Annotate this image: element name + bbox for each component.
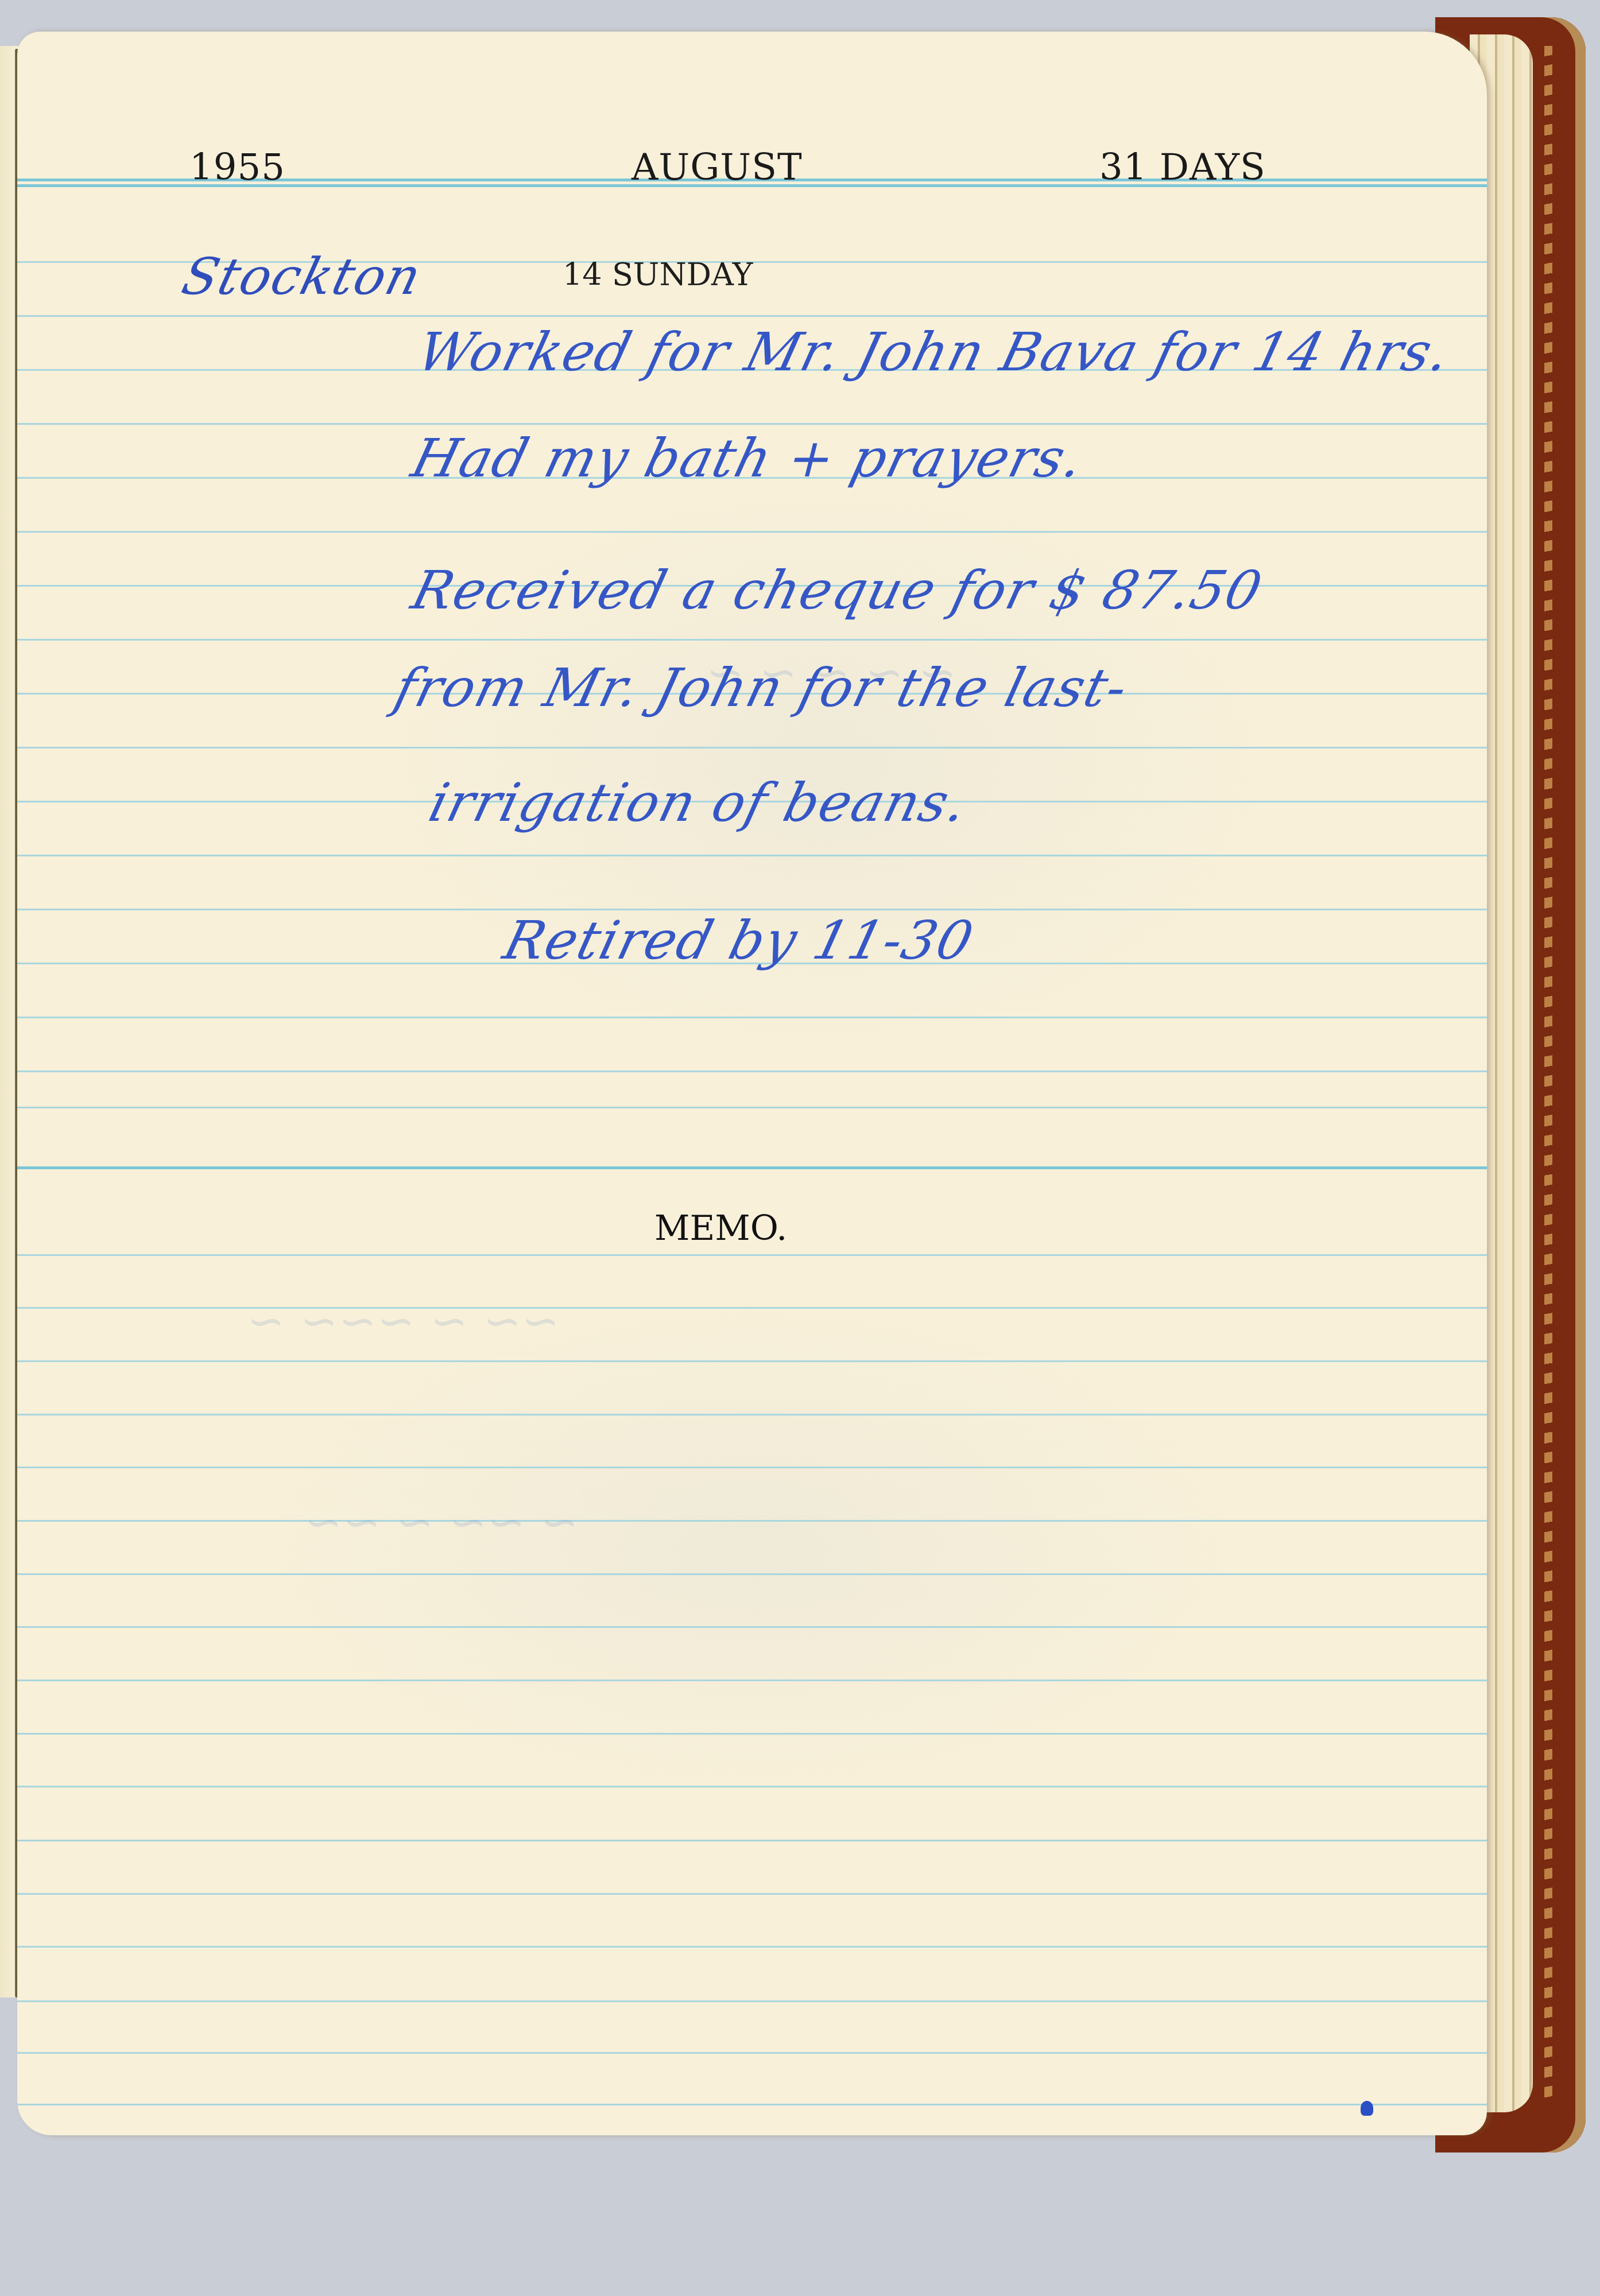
bleed-through-text: ~~ ~ ~~~ ~ — [242, 1294, 565, 1348]
ruled-line — [17, 531, 1487, 533]
ruled-line — [17, 2104, 1487, 2105]
ruled-line — [17, 1071, 1487, 1072]
ruled-line — [17, 1254, 1487, 1256]
ruled-line — [17, 747, 1487, 748]
memo-divider-rule — [17, 1166, 1487, 1169]
ruled-line — [17, 423, 1487, 425]
ruled-line — [17, 1946, 1487, 1948]
ruled-line — [17, 1626, 1487, 1628]
diary-page: ~ ~ ~ ~ ~ ~~ ~ ~~~ ~ ~ ~~ ~ ~~ 1955 AUGU… — [17, 32, 1487, 2135]
header-year: 1955 — [189, 146, 285, 189]
ruled-line — [17, 1573, 1487, 1575]
ruled-line — [17, 1360, 1487, 1362]
ruled-line — [17, 1786, 1487, 1787]
handwritten-entry-line: Received a cheque for $ 87.50 — [406, 560, 1269, 621]
header-days-count: 31 DAYS — [1099, 146, 1266, 189]
bleed-through-text: ~ ~~ ~ ~~ — [300, 1495, 584, 1549]
day-heading: 14 SUNDAY — [563, 257, 753, 293]
cover-stitching — [1544, 46, 1552, 2101]
ruled-line — [17, 1414, 1487, 1415]
ruled-line — [17, 1107, 1487, 1108]
ruled-line — [17, 1840, 1487, 1841]
ruled-line — [17, 1893, 1487, 1895]
handwritten-entry-line: from Mr. John for the last- — [389, 657, 1134, 719]
ruled-line — [17, 855, 1487, 856]
ruled-line — [17, 1467, 1487, 1468]
ruled-line — [17, 2000, 1487, 2002]
ruled-line — [17, 1733, 1487, 1735]
ruled-line — [17, 639, 1487, 641]
ruled-line — [17, 315, 1487, 317]
handwritten-entry-line: Retired by 11-30 — [498, 910, 981, 971]
header-month: AUGUST — [632, 146, 803, 189]
ruled-line — [17, 1017, 1487, 1018]
ruled-line — [17, 1520, 1487, 1522]
handwritten-entry-line: irrigation of beans. — [423, 772, 974, 833]
ruled-line — [17, 1680, 1487, 1681]
handwritten-entry-line: Had my bath + prayers. — [406, 428, 1090, 489]
ruled-line — [17, 2052, 1487, 2054]
ink-blot — [1361, 2101, 1373, 2116]
memo-heading: MEMO. — [654, 1208, 787, 1248]
diary-header: 1955 AUGUST 31 DAYS — [17, 146, 1487, 192]
ruled-line — [17, 1307, 1487, 1309]
handwritten-location: Stockton — [176, 247, 428, 306]
handwritten-entry-line: Worked for Mr. John Bava for 14 hrs. — [412, 321, 1457, 383]
